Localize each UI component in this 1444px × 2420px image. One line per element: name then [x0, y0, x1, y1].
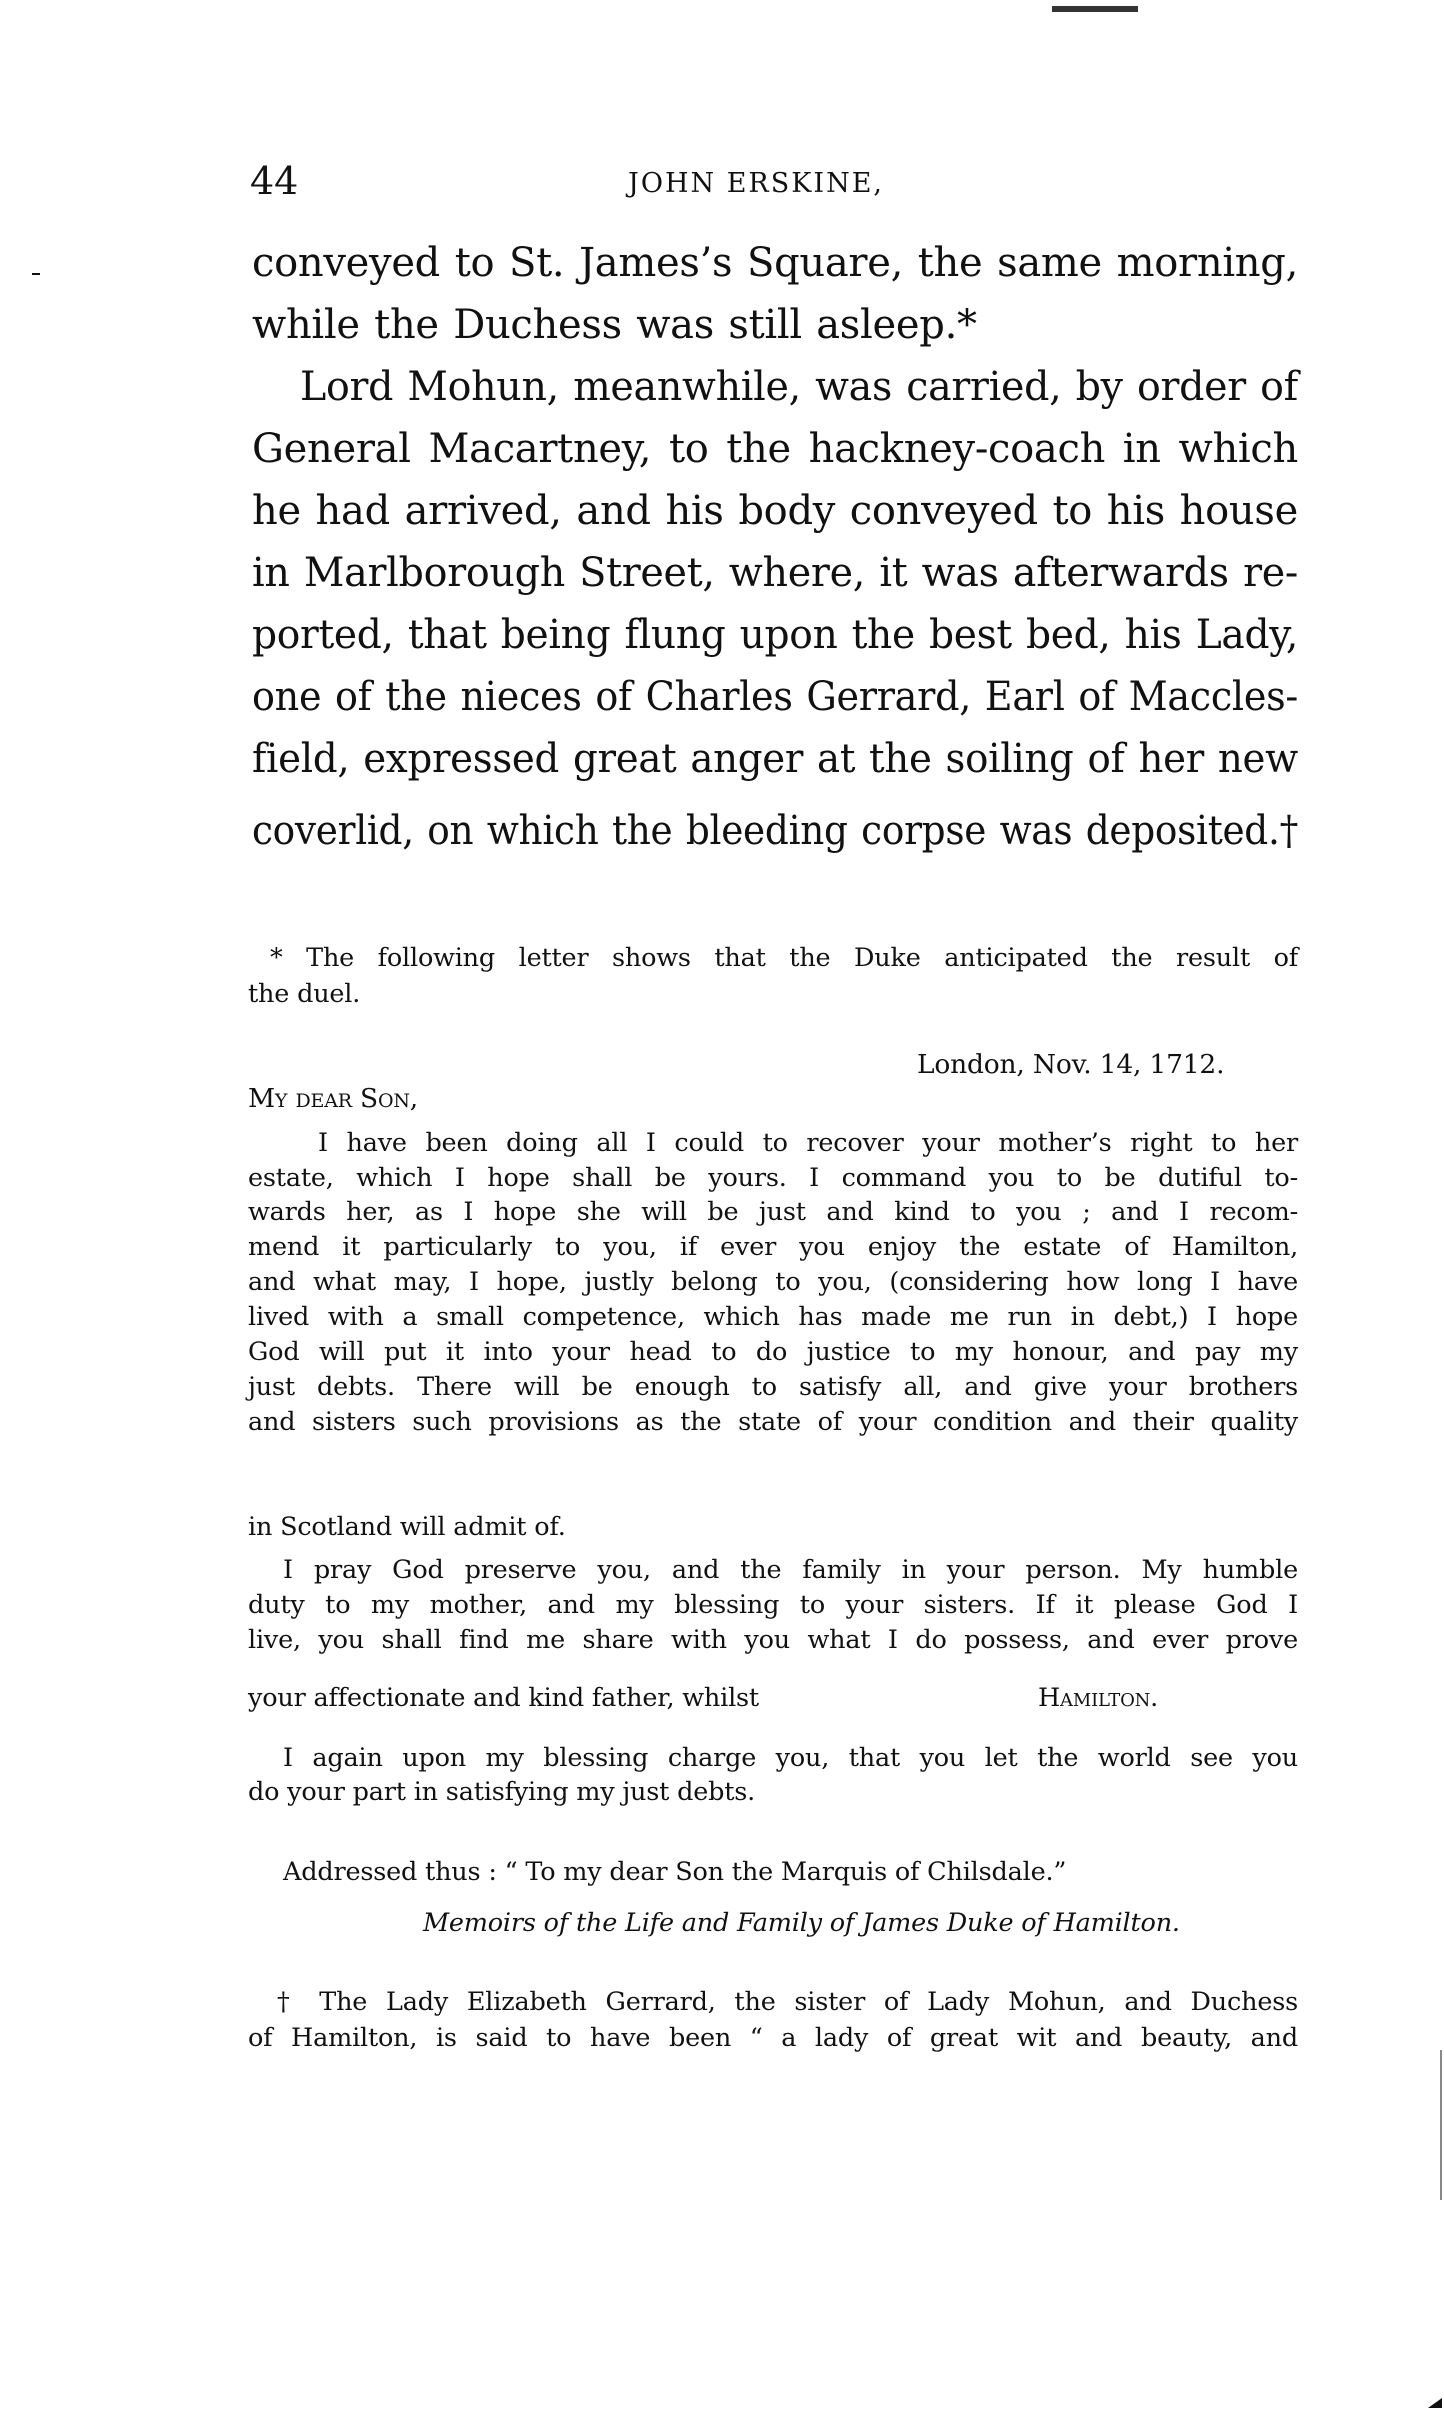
page-number: 44 [250, 162, 298, 200]
letter-line: mend it particularly to you, if ever you… [248, 1235, 1298, 1261]
book-page: 44 JOHN ERSKINE, conveyed to St. James’s… [0, 0, 1444, 2420]
body-line: while the Duchess was still asleep.* [252, 305, 1298, 345]
body-line: one of the nieces of Charles Gerrard, Ea… [252, 677, 1298, 717]
scan-artifact-top [1052, 6, 1138, 12]
body-line: conveyed to St. James’s Square, the same… [252, 243, 1298, 283]
letter-line: do your part in satisfying my just debts… [248, 1780, 1298, 1806]
body-line: field, expressed great anger at the soil… [252, 739, 1298, 779]
letter-signature: Hamilton. [1038, 1686, 1158, 1712]
letter-line: just debts. There will be enough to sati… [248, 1375, 1298, 1401]
letter-line: lived with a small competence, which has… [248, 1305, 1298, 1331]
scan-artifact-corner [1428, 2398, 1442, 2408]
letter-line: and sisters such provisions as the state… [248, 1410, 1298, 1436]
body-line: in Marlborough Street, where, it was aft… [252, 553, 1298, 593]
letter-line: estate, which I hope shall be yours. I c… [248, 1166, 1298, 1192]
running-head: JOHN ERSKINE, [628, 170, 884, 197]
body-line: Lord Mohun, meanwhile, was carried, by o… [300, 367, 1298, 407]
body-line: General Macartney, to the hackney-coach … [252, 429, 1298, 469]
letter-line: I have been doing all I could to recover… [318, 1131, 1298, 1157]
letter-line: I pray God preserve you, and the family … [283, 1558, 1298, 1584]
body-line: coverlid, on which the bleeding corpse w… [252, 811, 1298, 851]
footnote-line: † The Lady Elizabeth Gerrard, the sister… [277, 1990, 1298, 2016]
body-line: ported, that being flung upon the best b… [252, 615, 1298, 655]
scan-artifact-right-edge [1440, 2050, 1442, 2200]
letter-salutation: My dear Son, [248, 1086, 1298, 1113]
footnote-line: * The following letter shows that the Du… [270, 946, 1298, 972]
letter-line: wards her, as I hope she will be just an… [248, 1200, 1298, 1226]
letter-dateline: London, Nov. 14, 1712. [917, 1052, 1224, 1079]
footnote-line: the duel. [248, 982, 1298, 1008]
letter-line: and what may, I hope, justly belong to y… [248, 1270, 1298, 1296]
footnote-line: of Hamilton, is said to have been “ a la… [248, 2026, 1298, 2052]
scan-speck [32, 273, 40, 275]
letter-line: I again upon my blessing charge you, tha… [283, 1746, 1298, 1772]
letter-address-line: Addressed thus : “ To my dear Son the Ma… [283, 1860, 1066, 1886]
body-line: he had arrived, and his body conveyed to… [252, 491, 1298, 531]
letter-line: duty to my mother, and my blessing to yo… [248, 1593, 1298, 1619]
letter-line: live, you shall find me share with you w… [248, 1628, 1298, 1654]
letter-source-citation: Memoirs of the Life and Family of James … [423, 1911, 1180, 1937]
letter-line: God will put it into your head to do jus… [248, 1340, 1298, 1366]
letter-line: in Scotland will admit of. [248, 1515, 1298, 1541]
